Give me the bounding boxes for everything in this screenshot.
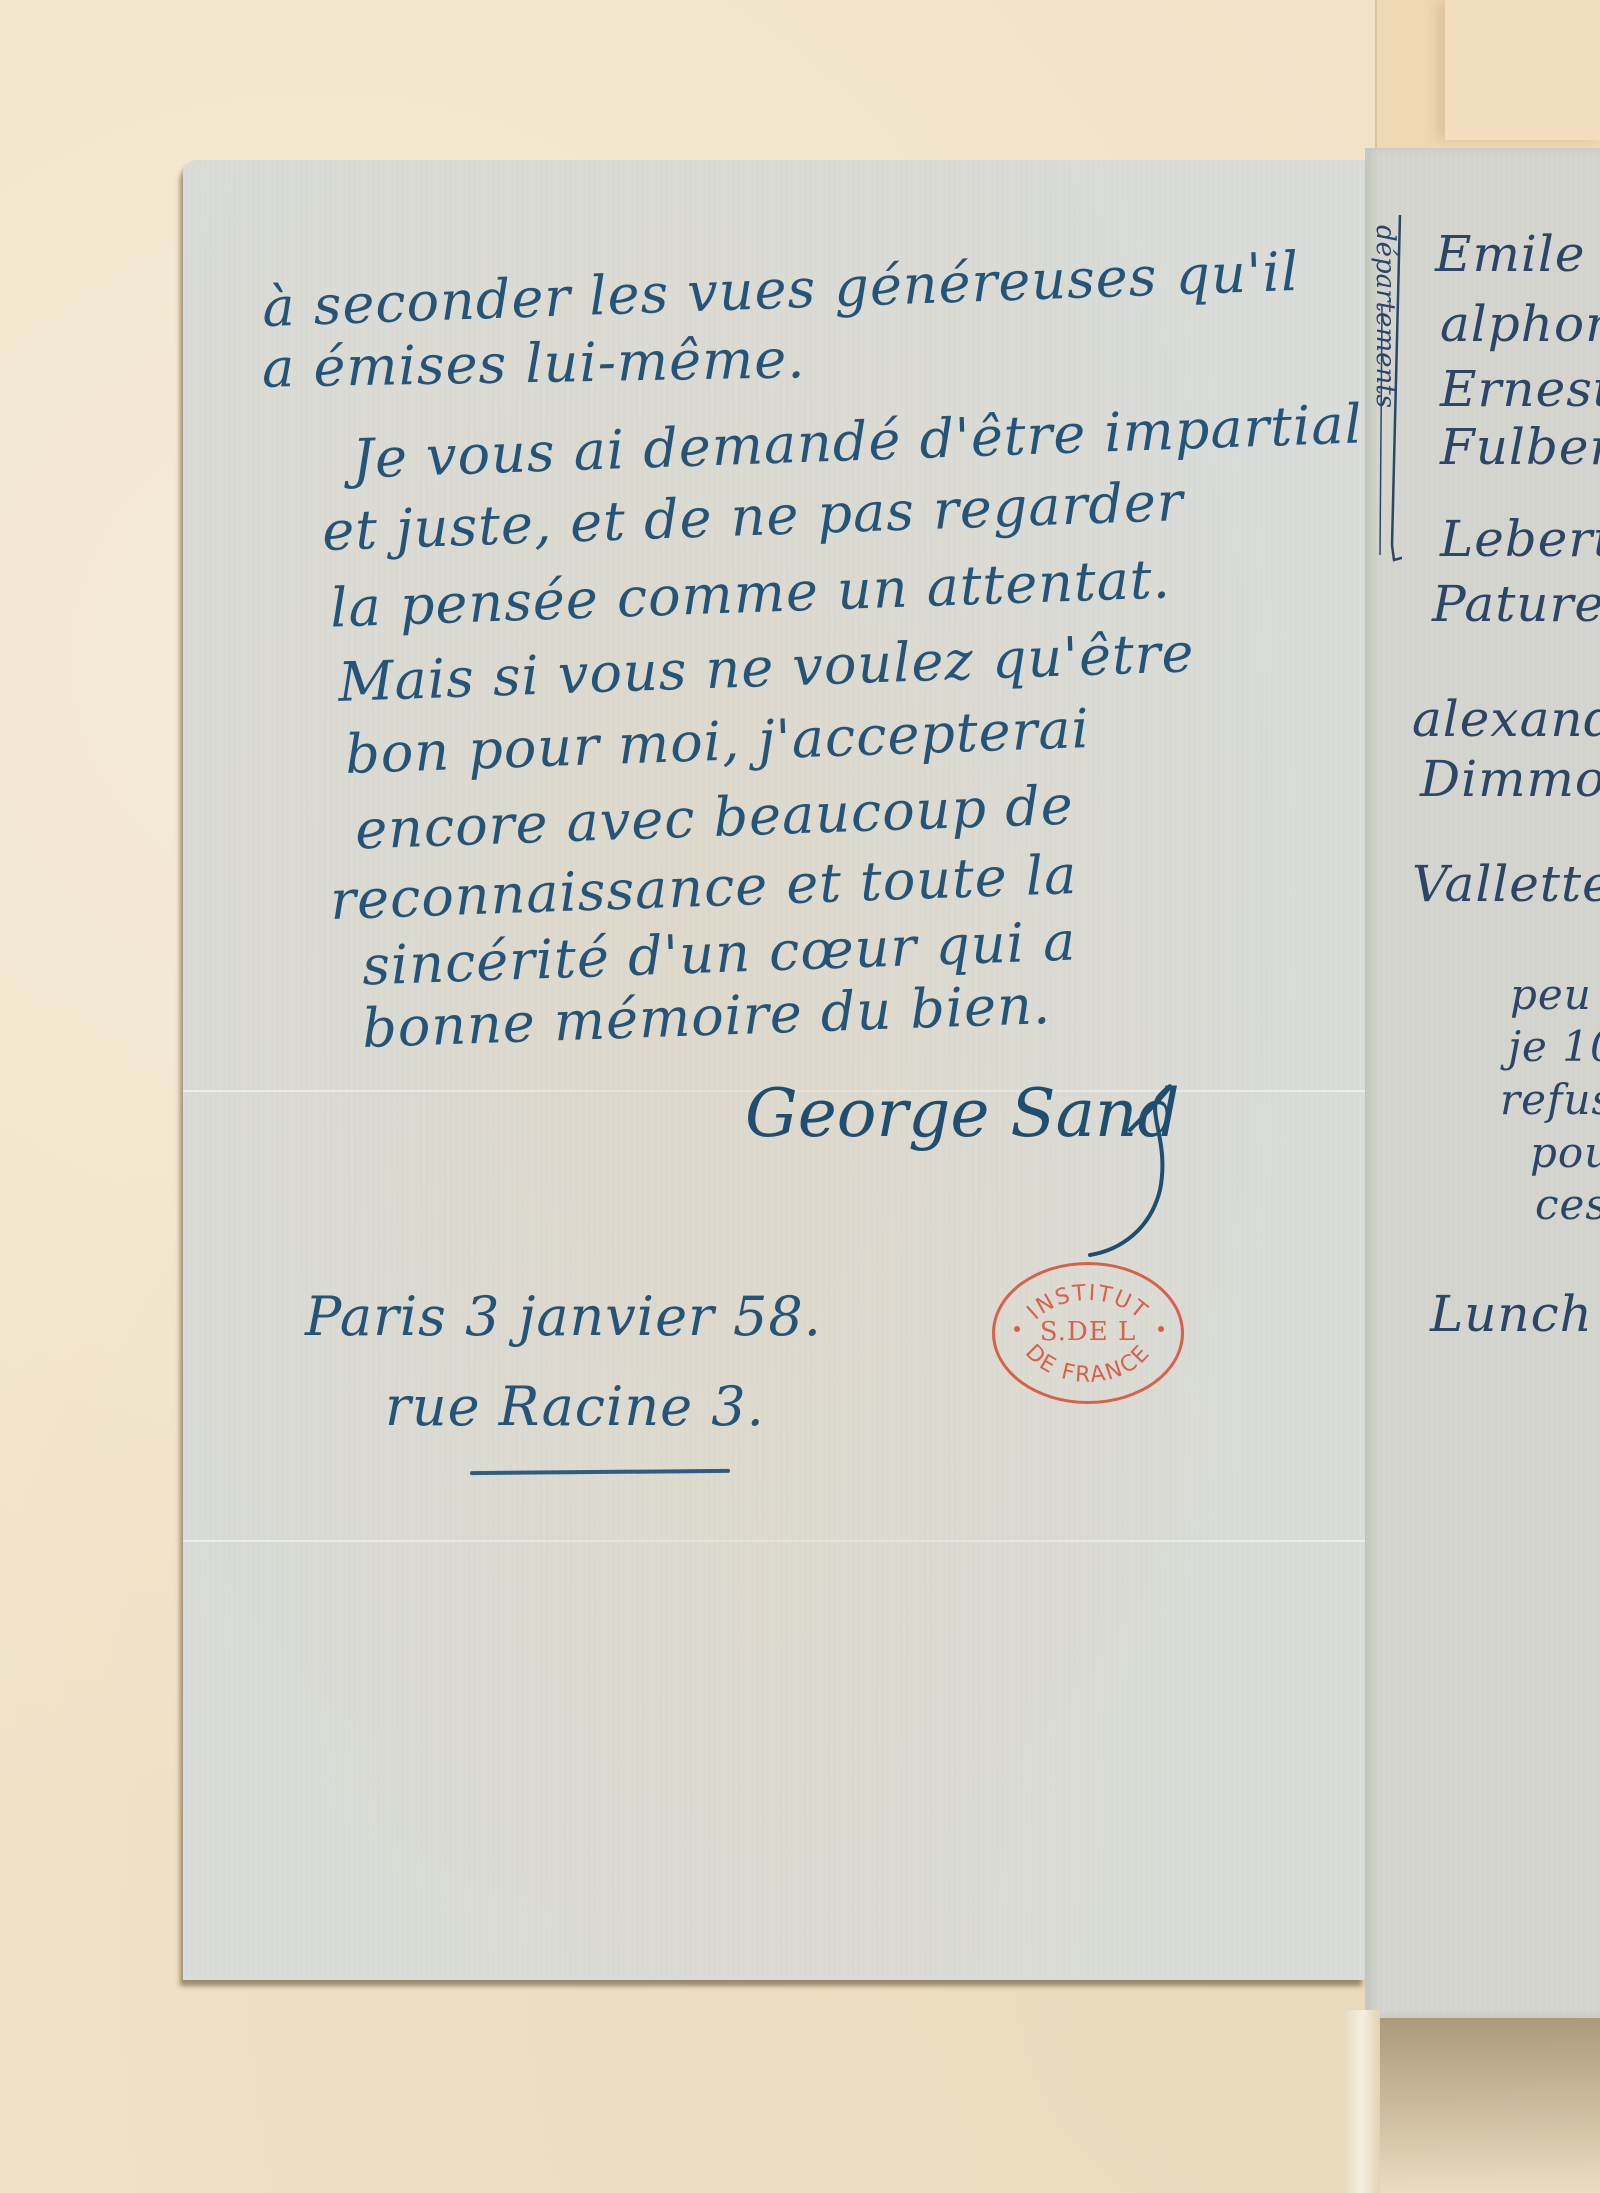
stamp-center-text: S.DE L [995,1317,1181,1347]
right-line: ces [1535,1180,1600,1229]
binding-gutter [1345,2010,1380,2193]
right-line: Lebert – [1440,510,1600,568]
right-line: je 10 [1508,1022,1600,1071]
right-line: Fulbert [1440,418,1600,476]
right-line: Ernest [1440,360,1600,418]
svg-text:DE FRANCE: DE FRANCE [1020,1340,1156,1388]
date-place: Paris 3 janvier 58. [305,1285,822,1348]
right-line: Emile [1435,225,1585,283]
letter-line: a émises lui-même. [261,327,805,399]
vertical-margin-note: départements [1370,225,1400,408]
fold-line [183,1540,1365,1542]
right-line: Vallette– [1412,855,1600,913]
right-page-shadow [1380,2018,1600,2193]
signature-flourish [1060,1080,1190,1265]
right-line: peu [1510,970,1592,1019]
institut-de-france-stamp: INSTITUT DE FRANCE S.DE L [992,1262,1184,1404]
right-line: pou [1530,1128,1600,1177]
background-sheet-torn-edge [1445,0,1600,140]
address: rue Racine 3. [385,1375,765,1438]
right-line: Paturea [1432,575,1600,633]
right-line: refus [1500,1075,1600,1124]
right-line: Dimmon [1420,750,1600,808]
right-line: alphon [1440,295,1600,353]
right-line: Lunch [1430,1285,1593,1343]
right-line: alexandre [1412,690,1600,748]
